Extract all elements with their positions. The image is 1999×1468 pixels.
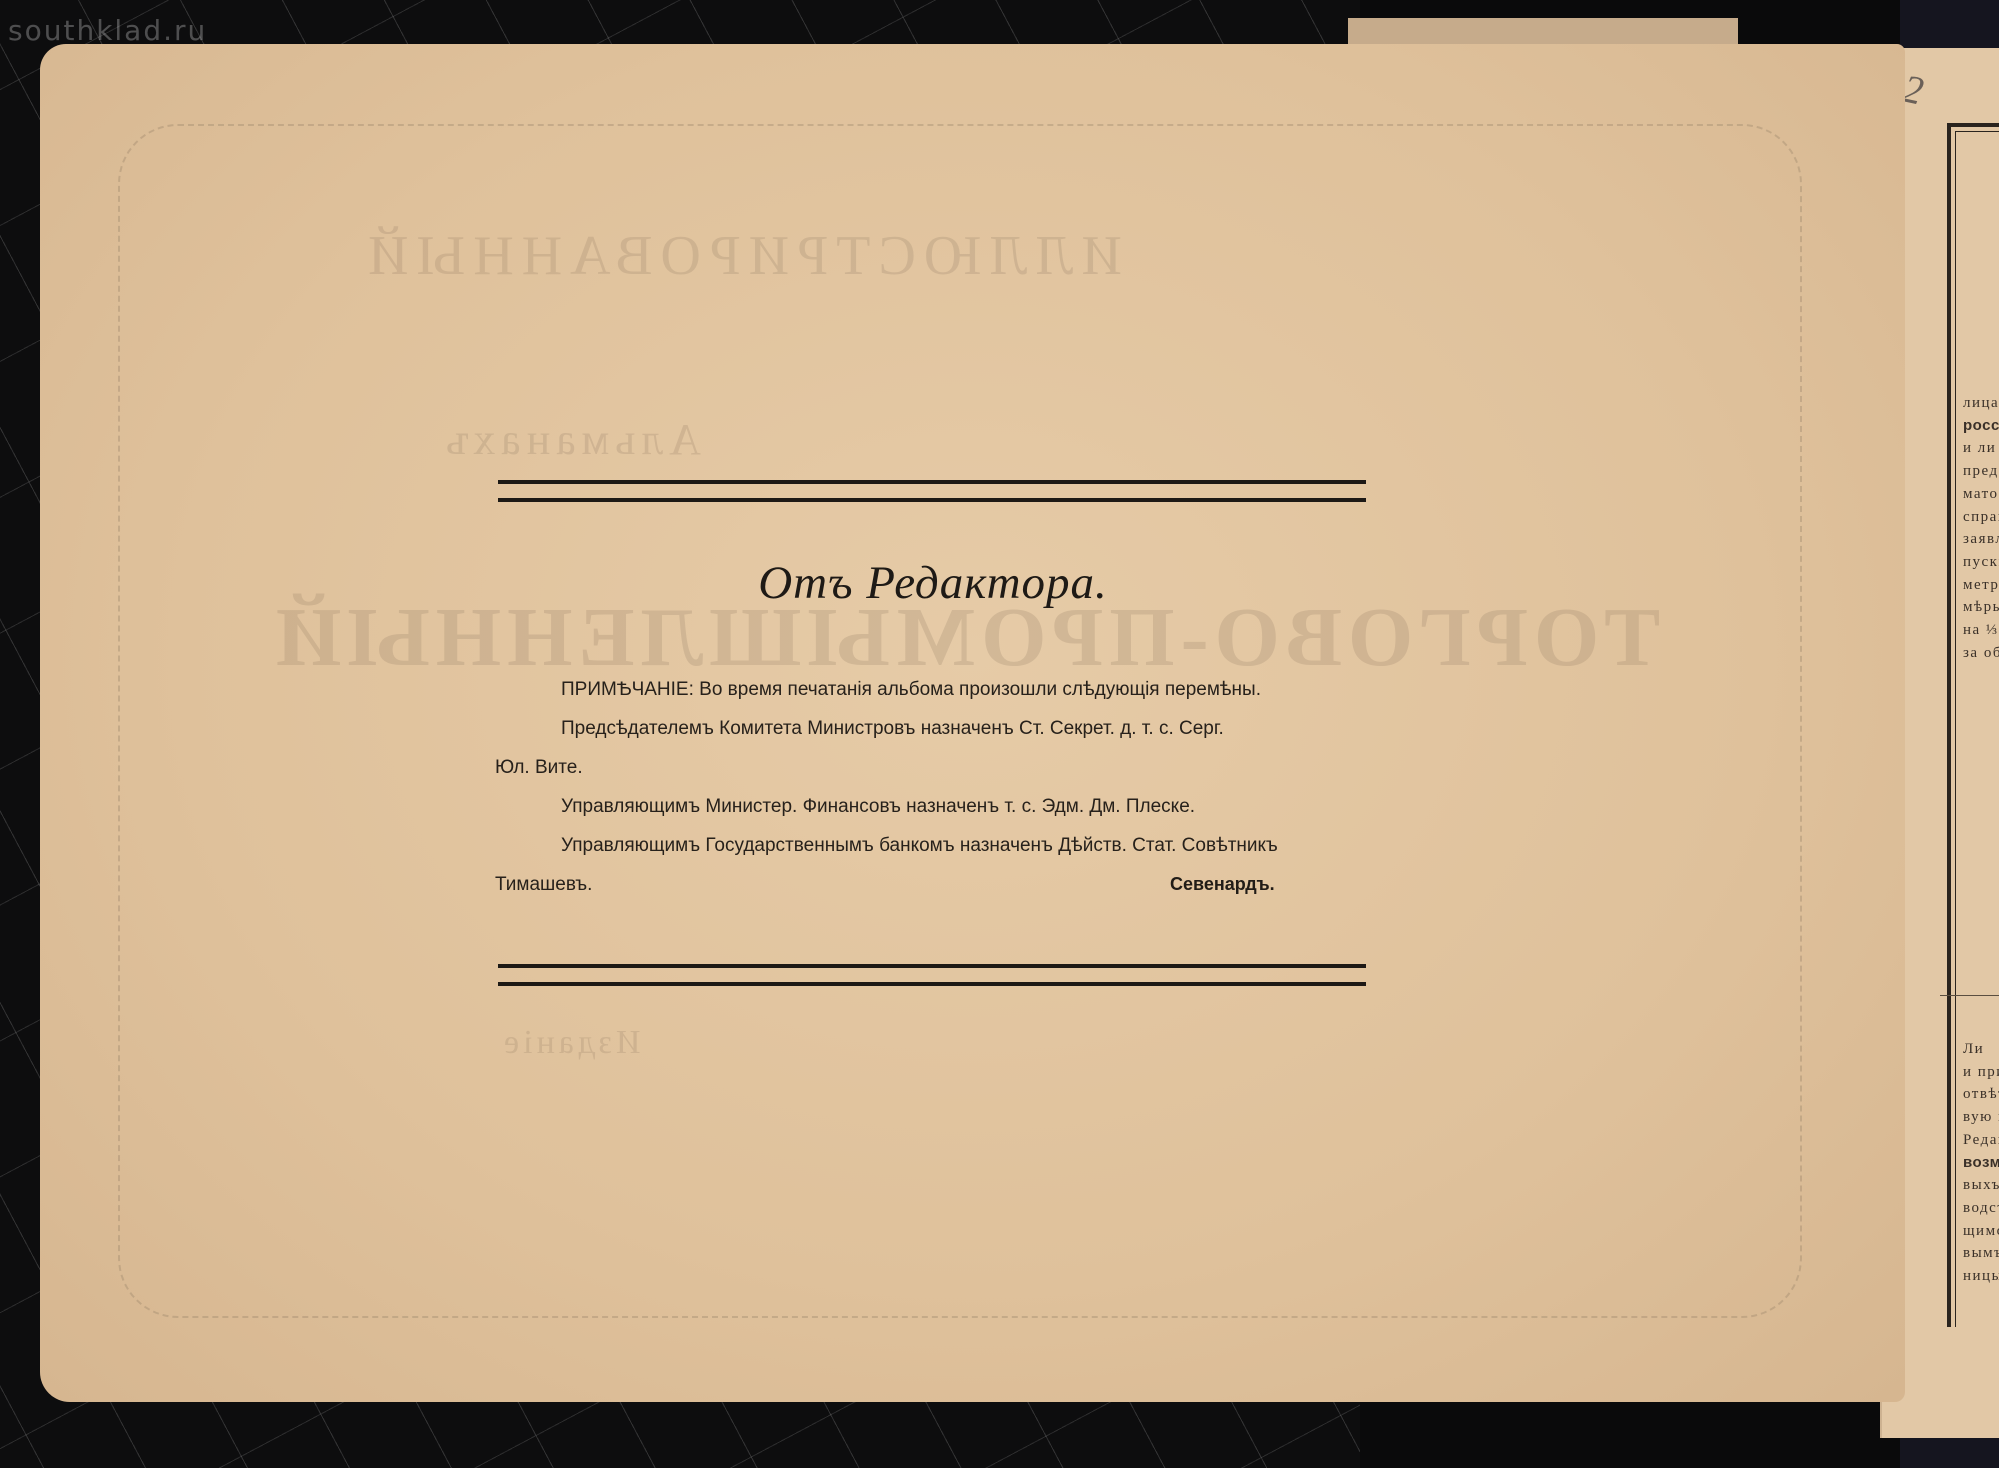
watermark: southklad.ru — [8, 14, 207, 47]
signature: Севенардъ. — [1170, 874, 1275, 895]
paragraph: Предсѣдателемъ Комитета Министровъ назна… — [495, 709, 1363, 748]
column-line: мѣры — [1963, 596, 1999, 619]
document-page: ИЛЛЮСТРИРОВАННЫЙ Альманахъ ТОРГОВО-ПРОМЫ… — [40, 44, 1905, 1402]
column-line: вымъ да — [1963, 1242, 1999, 1265]
paragraph: Юл. Вите. — [495, 748, 1363, 787]
column-line: пуски — [1963, 551, 1999, 574]
double-rule-top — [498, 498, 1366, 502]
column-line: справ — [1963, 506, 1999, 529]
column-line: россі — [1963, 415, 1999, 438]
column-line: метра — [1963, 574, 1999, 597]
adjacent-page-divider — [1940, 995, 1999, 996]
paragraph: Управляющимъ Государственнымъ банкомъ на… — [495, 826, 1363, 865]
column-line: Редакці — [1963, 1129, 1999, 1152]
column-line: за об — [1963, 642, 1999, 665]
column-line: отвѣтъ — [1963, 1083, 1999, 1106]
note-body: ПРИМѢЧАНІЕ: Во время печатанія альбома п… — [495, 670, 1363, 904]
double-rule-bottom — [498, 982, 1366, 986]
show-through-text: ИЛЛЮСТРИРОВАННЫЙ — [360, 224, 1122, 288]
column-line: заявл — [1963, 528, 1999, 551]
column-line: и ли — [1963, 437, 1999, 460]
column-line: вую мар — [1963, 1106, 1999, 1129]
double-rule-top — [498, 480, 1366, 484]
column-line: пред — [1963, 460, 1999, 483]
column-line: выхъ и — [1963, 1174, 1999, 1197]
paragraph: ПРИМѢЧАНІЕ: Во время печатанія альбома п… — [495, 670, 1363, 709]
show-through-text: Альманахъ — [440, 414, 701, 465]
column-line: водства, — [1963, 1197, 1999, 1220]
paragraph: Управляющимъ Министер. Финансовъ назначе… — [495, 787, 1363, 826]
column-line: на ⅓ — [1963, 619, 1999, 642]
page-title: Отъ Редактора. — [495, 556, 1371, 610]
column-line: лица — [1963, 392, 1999, 415]
double-rule-bottom — [498, 964, 1366, 968]
column-line: щимся н — [1963, 1220, 1999, 1243]
column-line: возможно — [1963, 1152, 1999, 1175]
column-line: ницы. — [1963, 1265, 1999, 1288]
column-line: и прис — [1963, 1061, 1999, 1084]
adjacent-column-bottom: Лии присотвѣтъвую марРедакцівозможновыхъ… — [1963, 1038, 1999, 1288]
column-line: Ли — [1963, 1038, 1999, 1061]
column-line: мато — [1963, 483, 1999, 506]
adjacent-column-top: лицароссіи липредматосправзаявлпускиметр… — [1963, 392, 1999, 664]
show-through-text: Изданіе — [500, 1024, 641, 1062]
